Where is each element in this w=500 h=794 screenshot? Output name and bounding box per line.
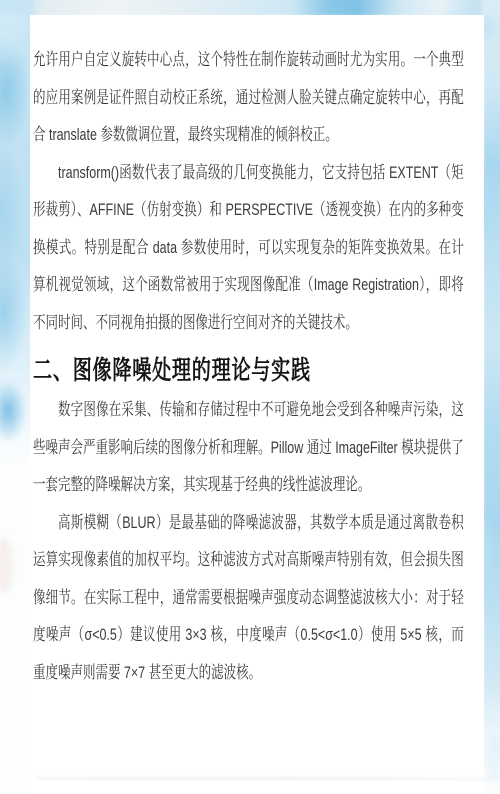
watercolor-pink-smudge bbox=[0, 538, 12, 593]
article-body: 允许用户自定义旋转中心点，这个特性在制作旋转动画时尤为实用。一个典型的应用案例是… bbox=[33, 41, 464, 691]
watercolor-bottom-wisp bbox=[484, 735, 500, 780]
body-paragraph: 数字图像在采集、传输和存储过程中不可避免地会受到各种噪声污染，这些噪声会严重影响… bbox=[33, 391, 464, 504]
page-bottom-shadow bbox=[36, 777, 500, 780]
section-heading: 二、图像降噪处理的理论与实践 bbox=[33, 353, 464, 387]
article-page: 允许用户自定义旋转中心点，这个特性在制作旋转动画时尤为实用。一个典型的应用案例是… bbox=[0, 0, 500, 794]
body-paragraph: transform()函数代表了最高级的几何变换能力，它支持包括 EXTENT（… bbox=[33, 154, 464, 342]
body-paragraph: 允许用户自定义旋转中心点，这个特性在制作旋转动画时尤为实用。一个典型的应用案例是… bbox=[33, 41, 464, 154]
body-paragraph: 高斯模糊（BLUR）是最基础的降噪滤波器，其数学本质是通过离散卷积运算实现像素值… bbox=[33, 504, 464, 692]
watercolor-right-edge bbox=[482, 0, 500, 766]
watercolor-left-edge bbox=[0, 0, 34, 456]
